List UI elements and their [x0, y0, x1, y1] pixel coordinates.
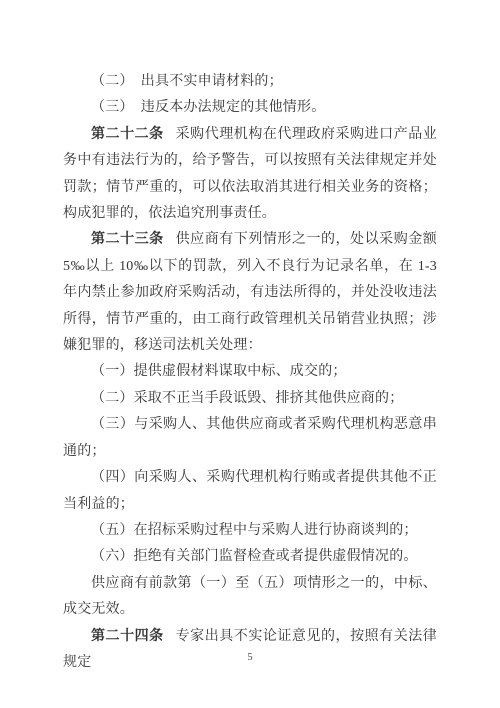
article-number: 第二十二条	[91, 127, 164, 142]
paragraph: 供应商有前款第（一）至（五）项情形之一的，中标、成交无效。	[63, 571, 437, 624]
paragraph: （三）与采购人、其他供应商或者采购代理机构恶意串通的；	[63, 412, 437, 465]
paragraph-text: （四）向采购人、采购代理机构行贿或者提供其他不正当利益的；	[63, 470, 437, 511]
article-paragraph: 第二十二条采购代理机构在代理政府采购进口产品业务中有违法行为的，给予警告，可以按…	[63, 122, 437, 228]
paragraph-text: （五）在招标采购过程中与采购人进行协商谈判的；	[91, 523, 418, 538]
paragraph-text: 供应商有前款第（一）至（五）项情形之一的，中标、成交无效。	[63, 576, 437, 617]
paragraph-text: （三）与采购人、其他供应商或者采购代理机构恶意串通的；	[63, 417, 437, 458]
paragraph: （一）提供虚假材料谋取中标、成交的；	[63, 359, 437, 385]
paragraph: （三） 违反本办法规定的其他情形。	[63, 95, 437, 121]
paragraph-text: （三） 违反本办法规定的其他情形。	[91, 100, 325, 115]
paragraph: （二）采取不正当手段诋毁、排挤其他供应商的；	[63, 386, 437, 412]
article-number: 第二十三条	[91, 232, 164, 247]
article-paragraph: 第二十四条专家出具不实论证意见的，按照有关法律规定	[63, 624, 437, 677]
article-number: 第二十四条	[91, 629, 164, 644]
document-body: （二） 出具不实申请材料的；（三） 违反本办法规定的其他情形。第二十二条采购代理…	[63, 69, 437, 676]
article-paragraph: 第二十三条供应商有下列情形之一的，处以采购金额 5‰以上 10‰以下的罚款，列入…	[63, 227, 437, 359]
document-page: （二） 出具不实申请材料的；（三） 违反本办法规定的其他情形。第二十二条采购代理…	[0, 0, 500, 708]
paragraph-text: （二）采取不正当手段诋毁、排挤其他供应商的；	[91, 391, 403, 406]
paragraph: （二） 出具不实申请材料的；	[63, 69, 437, 95]
paragraph-text: （二） 出具不实申请材料的；	[91, 74, 283, 89]
page-footer: 5	[0, 652, 500, 663]
page-number: 5	[247, 652, 252, 663]
paragraph-text: （六）拒绝有关部门监督检查或者提供虚假情况的。	[91, 549, 418, 564]
paragraph: （六）拒绝有关部门监督检查或者提供虚假情况的。	[63, 544, 437, 570]
paragraph: （五）在招标采购过程中与采购人进行协商谈判的；	[63, 518, 437, 544]
paragraph-text: （一）提供虚假材料谋取中标、成交的；	[91, 364, 347, 379]
paragraph: （四）向采购人、采购代理机构行贿或者提供其他不正当利益的；	[63, 465, 437, 518]
paragraph-text: 供应商有下列情形之一的，处以采购金额 5‰以上 10‰以下的罚款，列入不良行为记…	[63, 232, 437, 353]
